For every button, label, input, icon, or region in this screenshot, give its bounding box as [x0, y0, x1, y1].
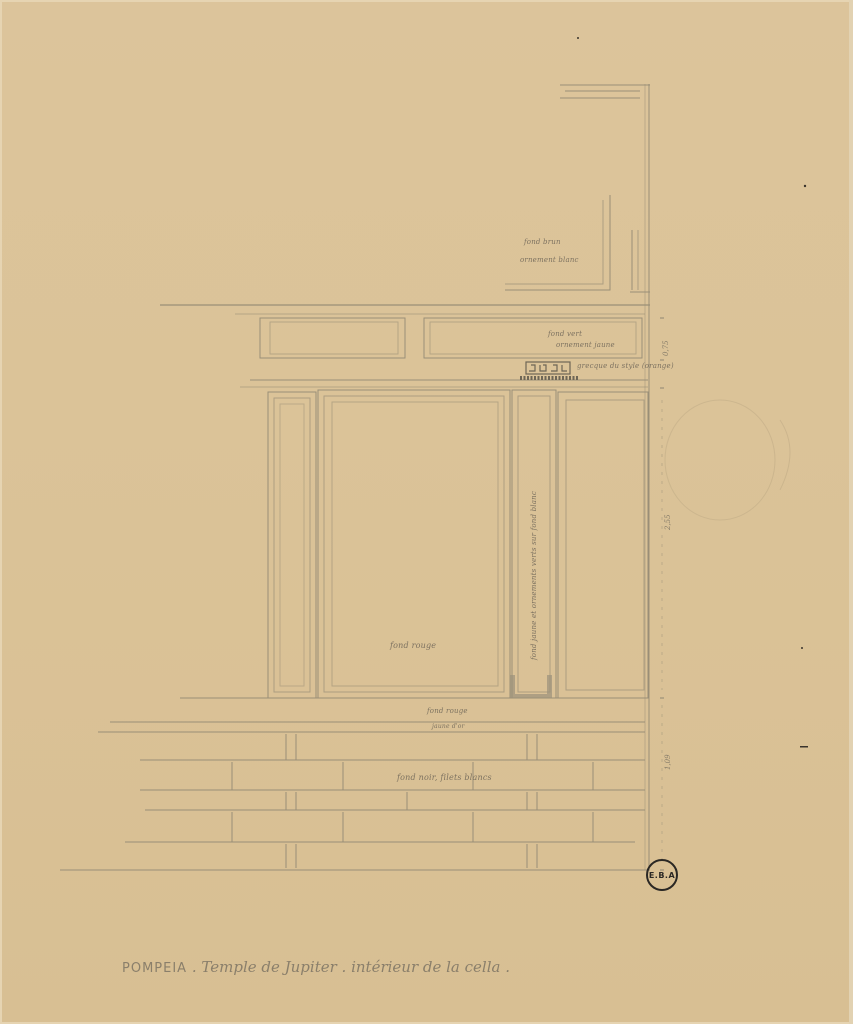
- annotation-central-panel: fond rouge: [390, 641, 436, 650]
- title-text: . Temple de Jupiter . intérieur de la ce…: [192, 958, 510, 976]
- meander-ornament: [526, 362, 570, 374]
- dimension-socle: 1,09: [664, 754, 672, 770]
- dimension-frieze: 0,75: [662, 340, 670, 356]
- annotation-upper-panel-1: fond brun: [524, 238, 561, 246]
- architectural-elevation: [0, 0, 853, 1024]
- annotation-meander: grecque du style (orange): [577, 362, 674, 370]
- sheet-title: POMPEIA . Temple de Jupiter . intérieur …: [122, 958, 510, 976]
- title-place: POMPEIA: [122, 961, 187, 976]
- annotation-pilaster: fond jaune et ornements verts sur fond b…: [530, 491, 538, 660]
- eba-stamp: E.B.A: [646, 859, 678, 891]
- drawing-sheet: fond brun ornement blanc fond vert ornem…: [0, 0, 853, 1024]
- annotation-frieze-1: fond vert: [548, 330, 582, 338]
- annotation-dado-band: jaune d'or: [432, 723, 465, 730]
- annotation-upper-panel-2: ornement blanc: [520, 256, 579, 264]
- dimension-main-zone: 2,55: [664, 514, 672, 530]
- annotation-frieze-2: ornement jaune: [556, 341, 615, 349]
- annotation-socle: fond noir, filets blancs: [397, 773, 492, 782]
- annotation-dado-top: fond rouge: [427, 707, 468, 715]
